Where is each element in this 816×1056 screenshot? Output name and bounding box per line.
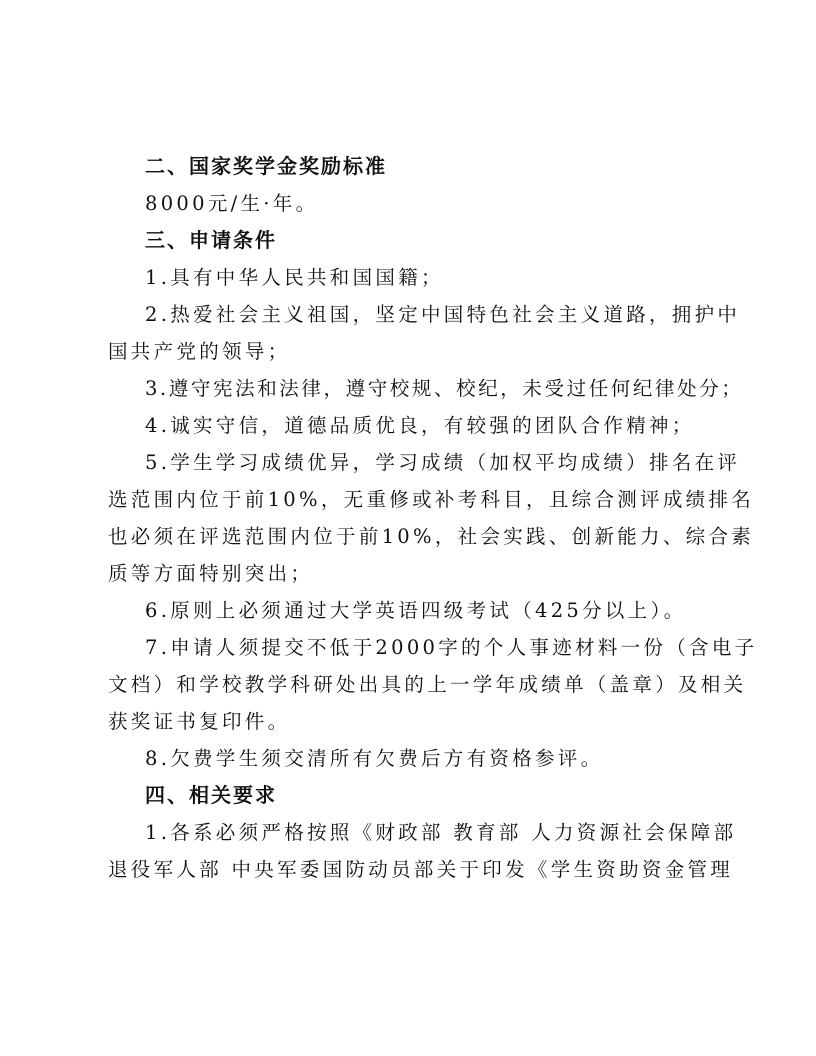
condition-line: 1.具有中华人民共和国国籍； bbox=[108, 259, 714, 296]
condition-line: 选范围内位于前10%，无重修或补考科目，且综合测评成绩排名 bbox=[108, 481, 714, 518]
condition-line: 也必须在评选范围内位于前10%，社会实践、创新能力、综合素 bbox=[108, 518, 714, 555]
condition-line: 6.原则上必须通过大学英语四级考试（425分以上）。 bbox=[108, 592, 714, 629]
condition-line: 文档）和学校教学科研处出具的上一学年成绩单（盖章）及相关 bbox=[108, 666, 714, 703]
section-heading-requirements: 四、相关要求 bbox=[108, 777, 714, 814]
condition-line: 2.热爱社会主义祖国，坚定中国特色社会主义道路，拥护中 bbox=[108, 296, 714, 333]
condition-line: 获奖证书复印件。 bbox=[108, 703, 714, 740]
condition-line: 3.遵守宪法和法律，遵守校规、校纪，未受过任何纪律处分； bbox=[108, 370, 714, 407]
condition-line: 5.学生学习成绩优异，学习成绩（加权平均成绩）排名在评 bbox=[108, 444, 714, 481]
document-page: 二、国家奖学金奖励标准 8000元/生·年。 三、申请条件 1.具有中华人民共和… bbox=[108, 148, 714, 888]
award-amount: 8000元/生·年。 bbox=[108, 185, 714, 222]
section-heading-award-standard: 二、国家奖学金奖励标准 bbox=[108, 148, 714, 185]
requirement-line: 1.各系必须严格按照《财政部 教育部 人力资源社会保障部 bbox=[108, 814, 714, 851]
condition-line: 质等方面特别突出； bbox=[108, 555, 714, 592]
condition-line: 7.申请人须提交不低于2000字的个人事迹材料一份（含电子 bbox=[108, 629, 714, 666]
condition-line: 8.欠费学生须交清所有欠费后方有资格参评。 bbox=[108, 740, 714, 777]
condition-line: 4.诚实守信，道德品质优良，有较强的团队合作精神； bbox=[108, 407, 714, 444]
requirement-line: 退役军人部 中央军委国防动员部关于印发《学生资助资金管理 bbox=[108, 851, 714, 888]
section-heading-conditions: 三、申请条件 bbox=[108, 222, 714, 259]
condition-line: 国共产党的领导； bbox=[108, 333, 714, 370]
